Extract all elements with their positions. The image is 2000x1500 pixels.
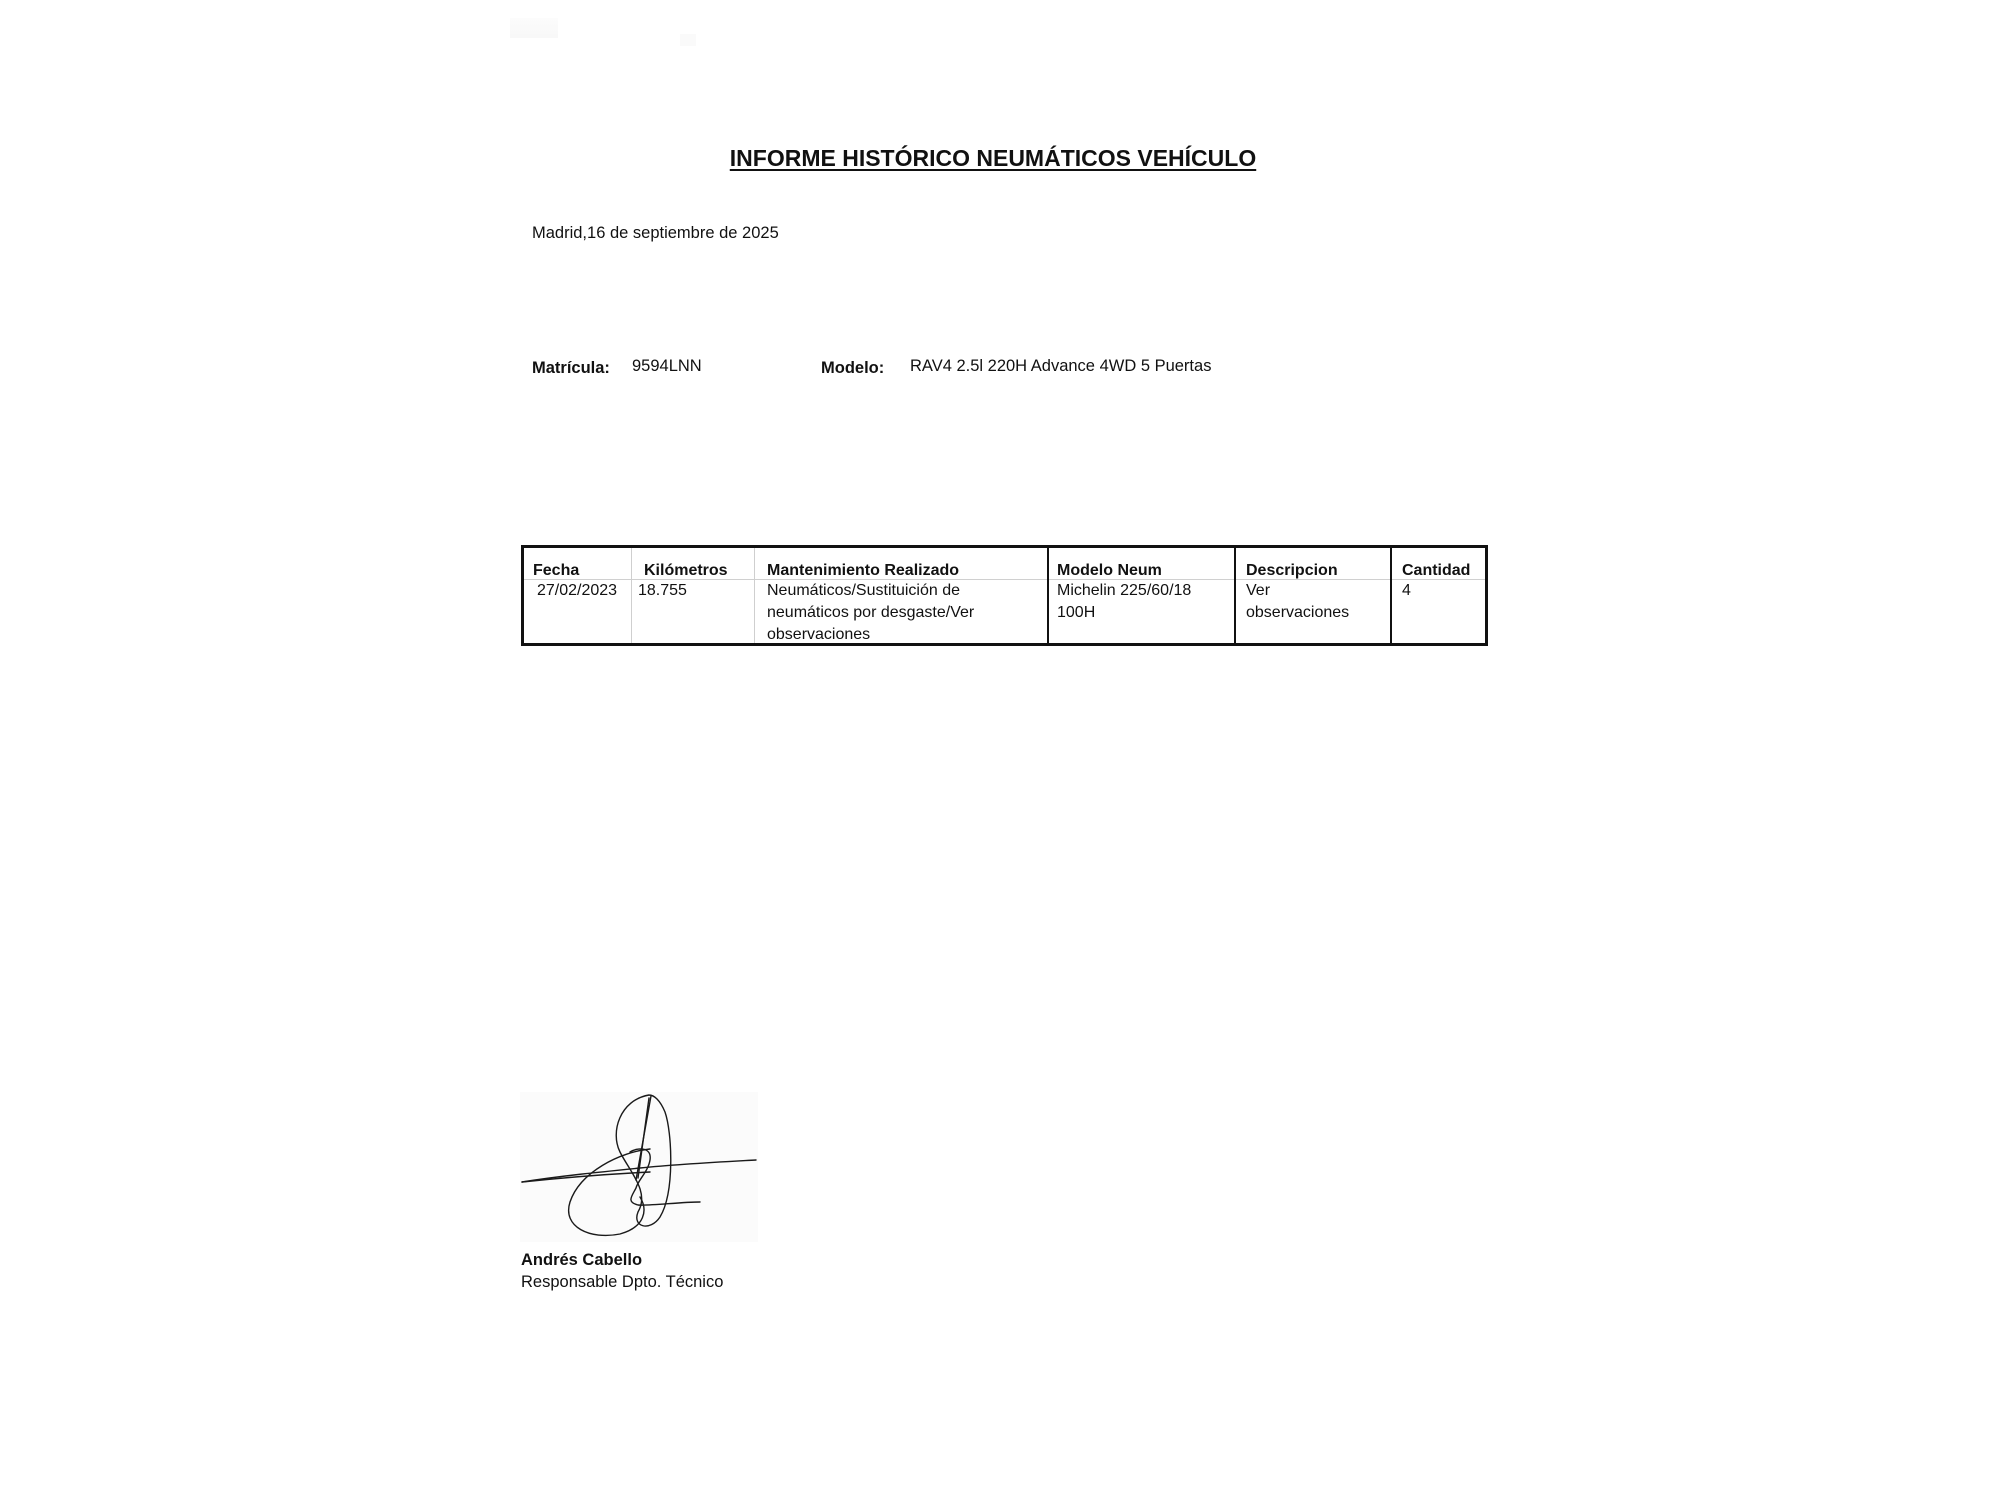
place: Madrid, <box>532 224 587 242</box>
cell-line: observaciones <box>1246 602 1349 624</box>
cell-fecha: 27/02/2023 <box>537 580 617 602</box>
cell-line: neumáticos por desgaste/Ver <box>767 602 974 624</box>
cell-modelo-neum: Michelin 225/60/18 100H <box>1057 580 1191 624</box>
matricula-label: Matrícula: <box>532 359 610 378</box>
column-divider <box>1047 548 1049 643</box>
header-descripcion: Descripcion <box>1246 560 1338 582</box>
cell-cantidad: 4 <box>1402 580 1411 602</box>
signer-role: Responsable Dpto. Técnico <box>521 1273 723 1292</box>
place-and-date: Madrid,16 de septiembre de 2025 <box>532 224 779 243</box>
column-divider <box>1390 548 1392 643</box>
header-mantenimiento: Mantenimiento Realizado <box>767 560 959 582</box>
report-title: INFORME HISTÓRICO NEUMÁTICOS VEHÍCULO <box>0 145 1986 172</box>
cell-descripcion: Ver observaciones <box>1246 580 1349 624</box>
cell-line: Neumáticos/Sustituición de <box>767 580 974 602</box>
header-kilometros: Kilómetros <box>644 560 728 582</box>
cell-kilometros: 18.755 <box>638 580 687 602</box>
signature-icon <box>520 1092 758 1242</box>
modelo-label: Modelo: <box>821 359 884 378</box>
cell-mantenimiento: Neumáticos/Sustituición de neumáticos po… <box>767 580 974 646</box>
faded-letterhead-mark <box>510 18 558 38</box>
date: 16 de septiembre de 2025 <box>587 224 779 242</box>
cell-line: Michelin 225/60/18 <box>1057 580 1191 602</box>
handwritten-signature <box>520 1092 758 1242</box>
maintenance-history-table: Fecha Kilómetros Mantenimiento Realizado… <box>521 545 1488 646</box>
column-divider <box>631 548 632 643</box>
cell-line: 100H <box>1057 602 1191 624</box>
cell-line: Ver <box>1246 580 1349 602</box>
faded-letterhead-mark <box>680 34 696 46</box>
header-cantidad: Cantidad <box>1402 560 1470 582</box>
signer-name: Andrés Cabello <box>521 1251 642 1270</box>
header-modelo-neum: Modelo Neum <box>1057 560 1162 582</box>
modelo-value: RAV4 2.5l 220H Advance 4WD 5 Puertas <box>910 357 1211 376</box>
column-divider <box>1234 548 1236 643</box>
cell-line: observaciones <box>767 624 974 646</box>
matricula-value: 9594LNN <box>632 357 702 376</box>
header-fecha: Fecha <box>533 560 579 582</box>
column-divider <box>754 548 755 643</box>
